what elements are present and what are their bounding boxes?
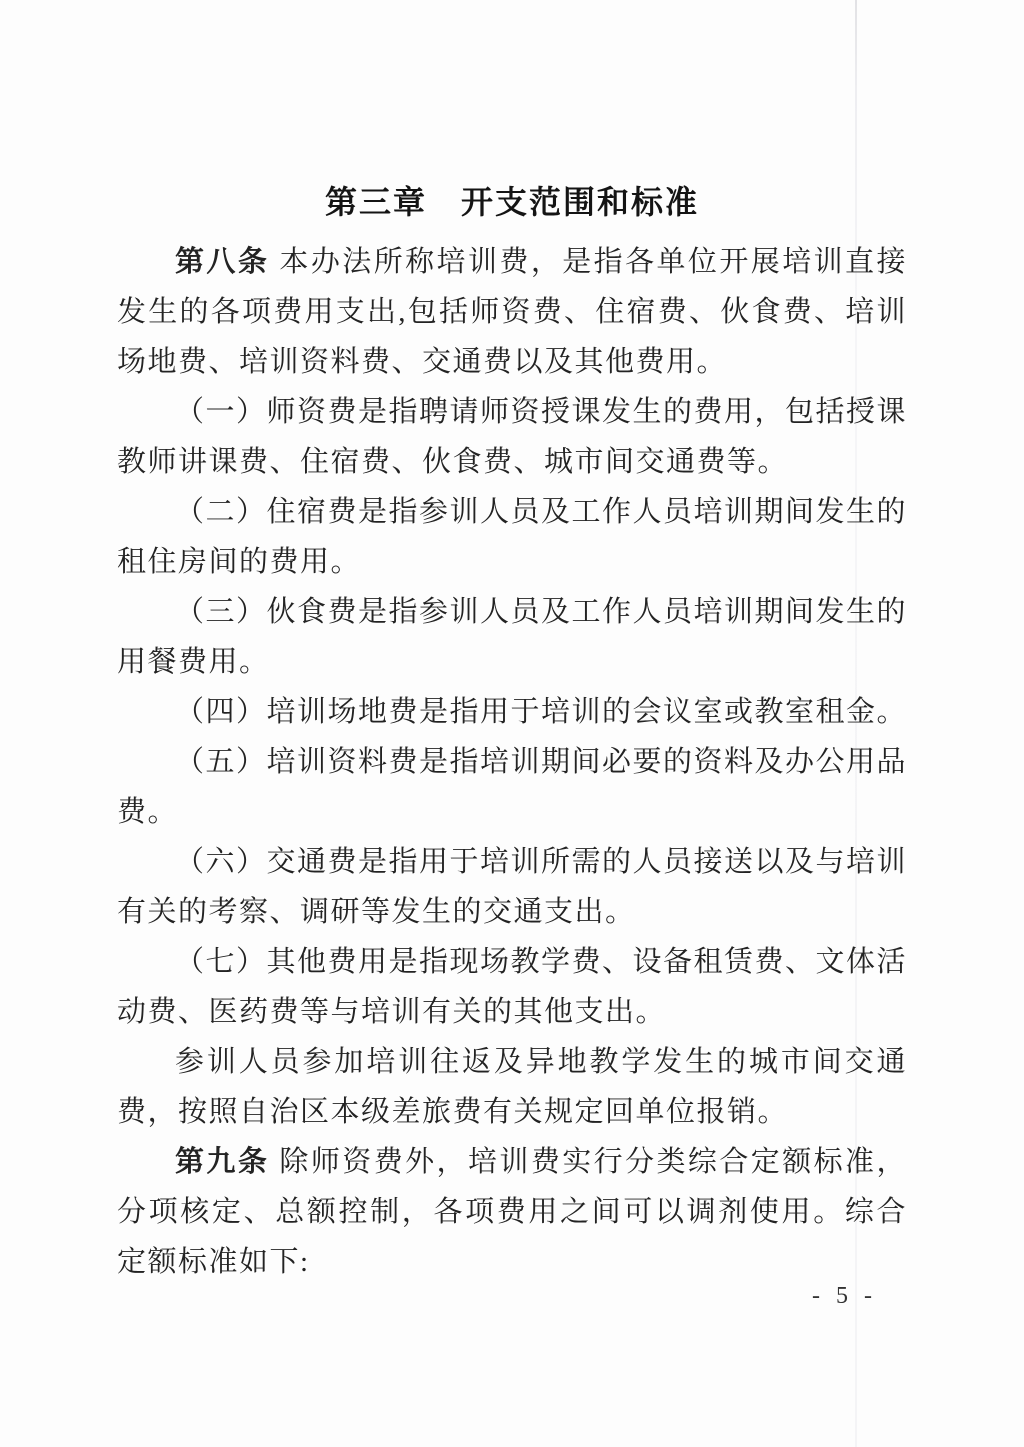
paragraph-article-9: 第九条除师资费外，培训费实行分类综合定额标准，分项核定、总额控制，各项费用之间可… (117, 1137, 907, 1287)
paragraph-transport-note: 参训人员参加培训往返及异地教学发生的城市间交通费，按照自治区本级差旅费有关规定回… (117, 1037, 907, 1137)
paragraph-item-5: （五）培训资料费是指培训期间必要的资料及办公用品费。 (117, 737, 907, 837)
article-number: 第八条 (175, 246, 269, 278)
article-number: 第九条 (175, 1146, 269, 1178)
paragraph-item-1: （一）师资费是指聘请师资授课发生的费用，包括授课教师讲课费、住宿费、伙食费、城市… (117, 387, 907, 487)
paragraph-text: （四）培训场地费是指用于培训的会议室或教室租金。 (175, 696, 907, 728)
paragraph-item-6: （六）交通费是指用于培训所需的人员接送以及与培训有关的考察、调研等发生的交通支出… (117, 837, 907, 937)
paragraph-item-3: （三）伙食费是指参训人员及工作人员培训期间发生的用餐费用。 (117, 587, 907, 687)
document-page: 第三章 开支范围和标准 第八条本办法所称培训费，是指各单位开展培训直接发生的各项… (0, 0, 1024, 1447)
paragraph-text: 参训人员参加培训往返及异地教学发生的城市间交通费，按照自治区本级差旅费有关规定回… (117, 1046, 907, 1128)
paragraph-text: （一）师资费是指聘请师资授课发生的费用，包括授课教师讲课费、住宿费、伙食费、城市… (117, 396, 907, 478)
paragraph-text: （六）交通费是指用于培训所需的人员接送以及与培训有关的考察、调研等发生的交通支出… (117, 846, 907, 928)
page-number: - 5 - (812, 1283, 877, 1310)
document-content: 第三章 开支范围和标准 第八条本办法所称培训费，是指各单位开展培训直接发生的各项… (117, 180, 907, 1287)
paragraph-text: （五）培训资料费是指培训期间必要的资料及办公用品费。 (117, 746, 907, 828)
chapter-title: 第三章 开支范围和标准 (117, 180, 907, 224)
paragraph-text: （二）住宿费是指参训人员及工作人员培训期间发生的租住房间的费用。 (117, 496, 907, 578)
paragraph-article-8: 第八条本办法所称培训费，是指各单位开展培训直接发生的各项费用支出,包括师资费、住… (117, 237, 907, 387)
paragraph-text: （三）伙食费是指参训人员及工作人员培训期间发生的用餐费用。 (117, 596, 907, 678)
paragraph-item-4: （四）培训场地费是指用于培训的会议室或教室租金。 (117, 687, 907, 737)
paragraph-item-2: （二）住宿费是指参训人员及工作人员培训期间发生的租住房间的费用。 (117, 487, 907, 587)
paragraph-text: （七）其他费用是指现场教学费、设备租赁费、文体活动费、医药费等与培训有关的其他支… (117, 946, 907, 1028)
paragraph-item-7: （七）其他费用是指现场教学费、设备租赁费、文体活动费、医药费等与培训有关的其他支… (117, 937, 907, 1037)
